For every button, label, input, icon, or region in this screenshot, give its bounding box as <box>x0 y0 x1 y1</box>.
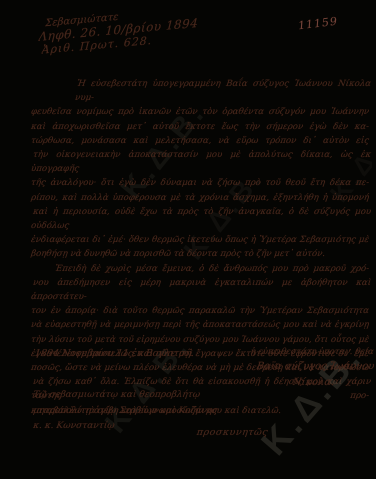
body-line: ἐνδιαφέρεται δι᾽ ἐμέ· ὅθεν θερμῶς ἱκετεύ… <box>30 233 370 247</box>
addressee-line: κ. κ. Κωνσταντίῳ <box>32 419 218 435</box>
addressee-block: Τῷ σεβασμιωτάτῳ καὶ θεοπροβλήτῳ μητροπολ… <box>32 388 216 435</box>
body-line: νὰ εὐαρεστηθῇ νὰ μεριμνήσῃ περὶ τῆς ἀποκ… <box>30 318 370 332</box>
body-line: νου ἀπεδήμησεν εἰς μέρη μακρινὰ ἐγκαταλι… <box>30 276 372 304</box>
closing-formula: ἡ εὐπειθεστάτη ὑποταγ. θεία <box>250 346 375 356</box>
scanned-letter-photo: Κ.Δ.Β. Κ.Δ.Β. Κ.Δ.Β. 11159 Σεβασμιώτατε … <box>0 0 376 479</box>
body-line: βοηθήσῃ νὰ δυνηθῶ νὰ πορισθῶ τὰ δέοντα π… <box>30 247 370 261</box>
body-line: φευθεῖσα νομίμως πρὸ ἱκανῶν ἐτῶν τὸν ὁρα… <box>30 105 370 119</box>
valediction: προσκυνητῶς <box>196 427 269 438</box>
body-line: τὴν οἰκογενειακὴν ἀποκατάστασίν μου μὲ ἀ… <box>30 148 372 176</box>
signature-name: Βαΐα σύζυγος Ἰωάννου <box>256 361 375 372</box>
body-line: Ἐπειδὴ δὲ χωρὶς μέσα ἔμεινα, ὁ δὲ ἄνθρωπ… <box>30 262 370 276</box>
body-line: καὶ ἡ περιουσία, οὐδὲ ἔχω τὰ πρὸς τὸ ζῆν… <box>30 205 372 233</box>
body-line: Ἡ εὐσεβεστάτη ὑπογεγραμμένη Βαΐα σύζυγος… <box>30 77 372 105</box>
body-line: τῆς ἀναλόγου· ὅτι ἐγὼ δὲν δύναμαι νὰ ζήσ… <box>30 176 370 190</box>
date-place-line: 1894 Νοεμβρίου 11 ἐν Βογλιτσῇ. <box>34 348 195 359</box>
addressee-line: Τῷ σεβασμιωτάτῳ καὶ θεοπροβλήτῳ <box>32 388 218 404</box>
body-line: τώρθωσα, μονάσασα καὶ μελετήσασα, νὰ εὕρ… <box>30 134 370 148</box>
addressee-line: μητροπολίτῃ ἁγίῳ Σερβίων καὶ Κοζάνης <box>32 404 218 420</box>
body-line: τον ἐν ἀπορίᾳ· διὰ τοῦτο θερμῶς παρακαλῶ… <box>30 304 370 318</box>
body-line: τὴν λύσιν τοῦ μετὰ τοῦ εἰρημένου συζύγου… <box>30 333 370 347</box>
body-line: ρίπου, καὶ πολλὰ ὑποφέρουσα μὲ τὰ χρόνια… <box>30 191 370 205</box>
signature-surname: Νίκολα. <box>292 377 335 388</box>
body-line: καὶ ἀποχωρισθεῖσα μετ᾽ αὐτοῦ ἔκτοτε ἕως … <box>30 120 370 134</box>
